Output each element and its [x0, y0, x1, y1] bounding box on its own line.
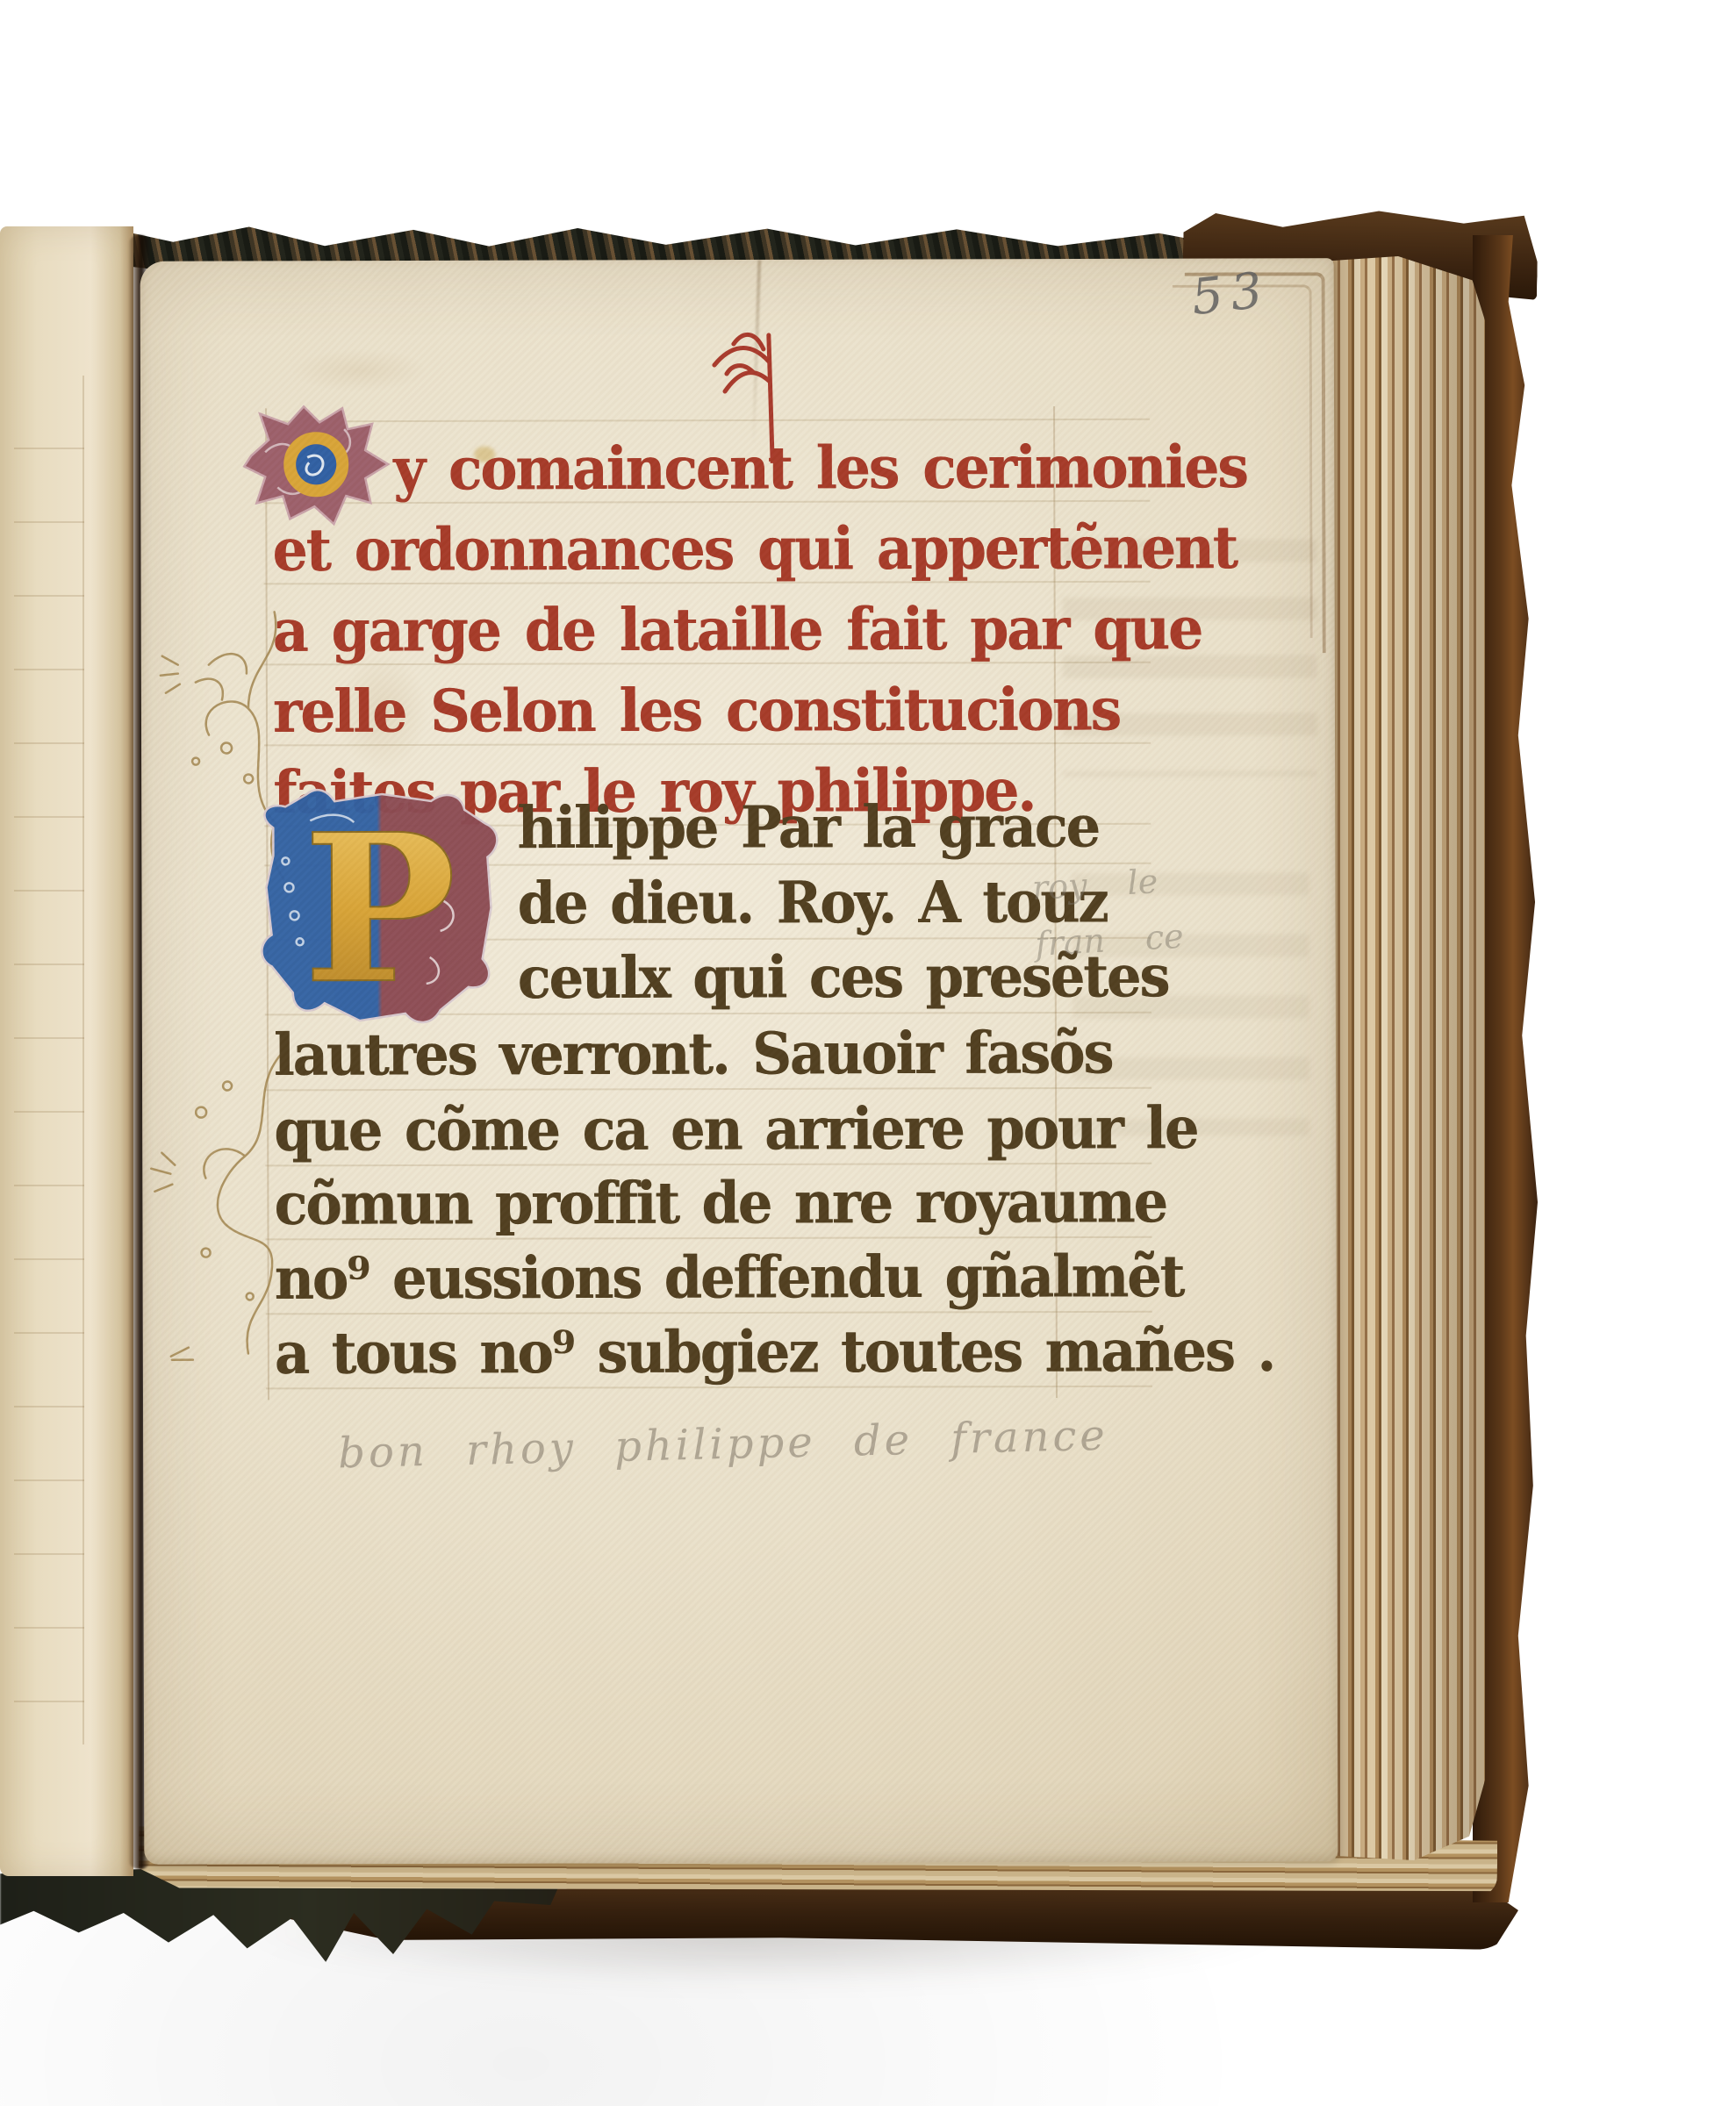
- body-line: cõmun proffit de nre royaume: [274, 1168, 1166, 1238]
- body-line: hilippe Par la grace: [517, 792, 1099, 862]
- initial-p-letter: P: [303, 789, 456, 1028]
- manuscript-page: 53: [140, 258, 1338, 1865]
- rubric-line: relle Selon les constitucions: [273, 675, 1120, 746]
- pencil-margin-note: roy le fran ce: [1030, 843, 1335, 971]
- rubric-line: et ordonnances qui appertẽnent: [272, 513, 1237, 584]
- fore-edge-page-stack: [1327, 256, 1485, 1860]
- illuminated-initial-p: P: [248, 785, 513, 1045]
- body-line: lautres verront. Sauoir fasõs: [274, 1019, 1112, 1089]
- photo-scene: 53: [0, 0, 1736, 2106]
- body-line: a tous no⁹ subgiez toutes mañes .: [275, 1316, 1274, 1386]
- rubric-line: y comaincent les cerimonies: [393, 432, 1247, 503]
- rubric-line: a garge de lataille fait par que: [273, 594, 1202, 665]
- left-page: [0, 226, 133, 1876]
- body-line: no⁹ eussions deffendu gñalmẽt: [275, 1243, 1184, 1313]
- pencil-bottom-note: bon rhoy philippe de france: [338, 1411, 1109, 1479]
- stain: [263, 340, 456, 402]
- body-line: de dieu. Roy. A touz: [517, 868, 1107, 937]
- folio-number: 53: [1188, 261, 1273, 326]
- body-line: que cõme ca en arriere pour le: [274, 1094, 1197, 1164]
- left-page-ruling: [14, 376, 84, 1744]
